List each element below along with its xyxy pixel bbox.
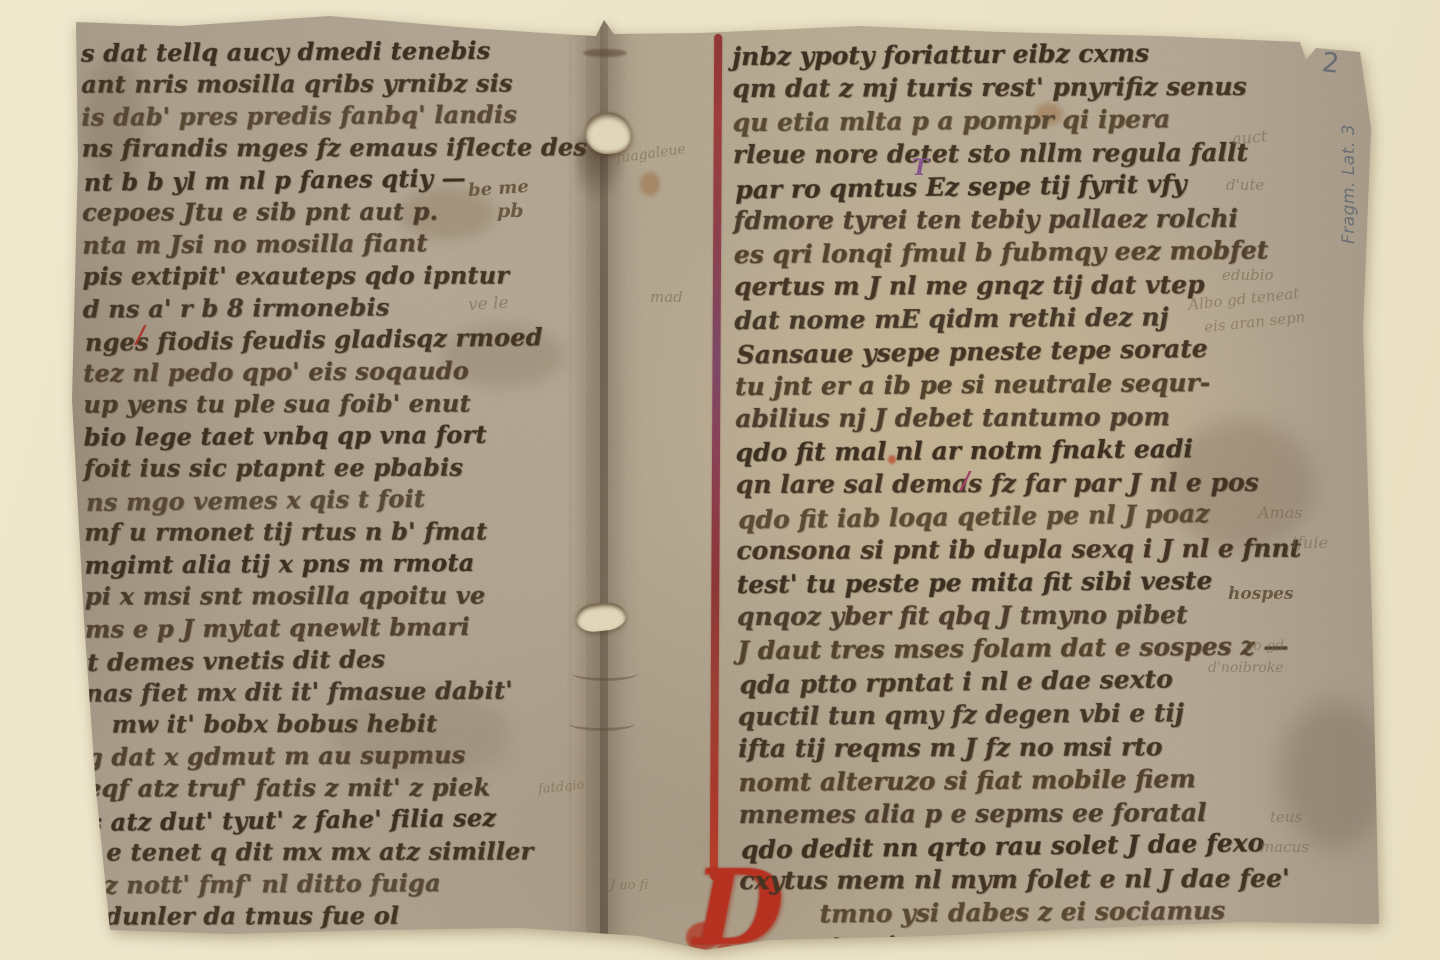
- margin-note: auct: [1231, 127, 1268, 149]
- margin-note: d'noibroke: [1208, 660, 1284, 676]
- margin-note: mad: [650, 288, 683, 306]
- pencil-page-number: 2: [1320, 47, 1340, 80]
- manuscript-photo: D s dat tellq aucy dmedi tenebisant nris…: [0, 0, 1440, 960]
- margin-note: edubio: [1222, 266, 1274, 284]
- margin-note: /: [961, 466, 970, 495]
- margin-note: ifuie: [1292, 533, 1328, 552]
- margin-note: ve le: [468, 293, 510, 315]
- margin-note: hospes: [1228, 584, 1294, 604]
- margin-note: /: [136, 320, 145, 349]
- margin-note: d'ute: [1226, 176, 1264, 194]
- margin-note: J uo fi: [610, 878, 648, 893]
- margin-note: macus: [1260, 838, 1309, 856]
- margin-note: ao gd: [1245, 638, 1284, 654]
- margin-note: Amas: [1258, 503, 1302, 522]
- margin-note: be me: [467, 176, 529, 201]
- margin-notes-layer: be mepbve lefuagaleuemadauctd'uteedubioA…: [0, 0, 1440, 960]
- parchment-fragment: D s dat tellq aucy dmedi tenebisant nris…: [0, 0, 1440, 960]
- parchment-shadow-wrap: D s dat tellq aucy dmedi tenebisant nris…: [0, 0, 1440, 960]
- pencil-shelfmark: Fragm. Lat. 3: [1339, 95, 1363, 273]
- margin-note: pb: [497, 200, 524, 222]
- margin-note: fuagaleue: [615, 141, 686, 167]
- margin-note: teus: [1270, 808, 1302, 826]
- margin-note: eis aran sepn: [1203, 308, 1306, 337]
- margin-note: fatdqio: [537, 778, 585, 798]
- margin-note: T: [912, 155, 928, 181]
